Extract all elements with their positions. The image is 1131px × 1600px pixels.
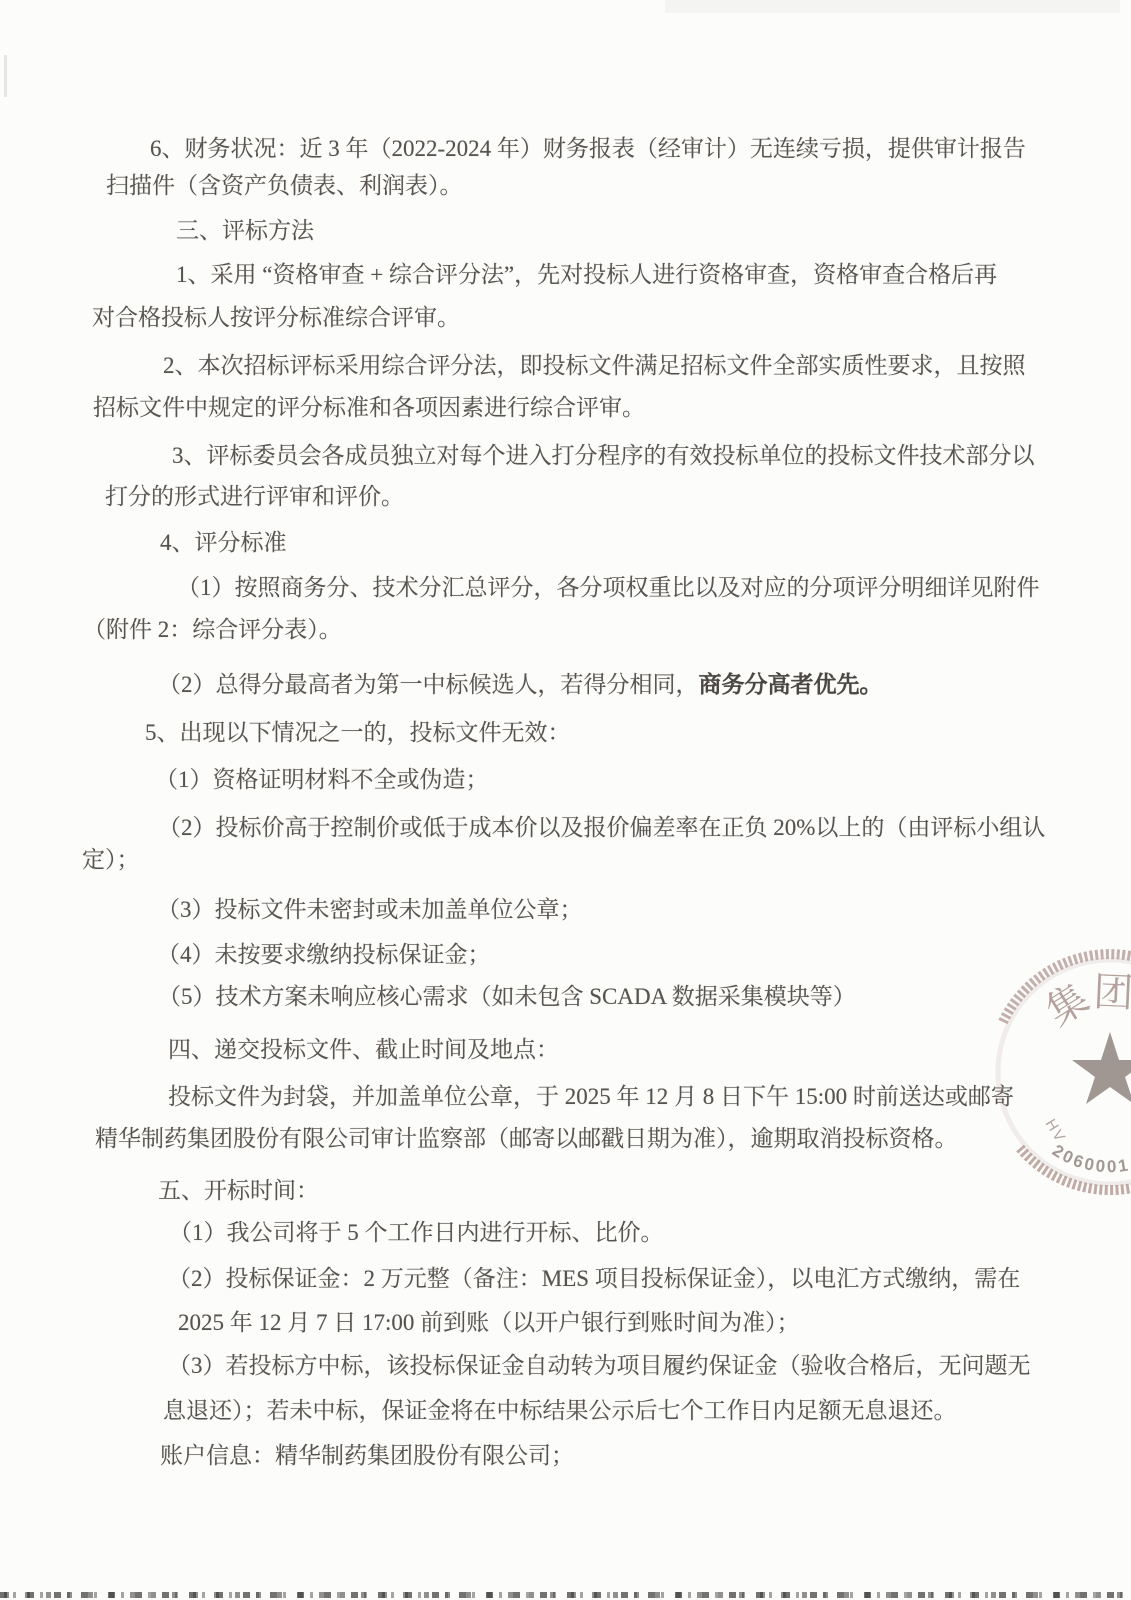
document-text-segment: （5）技术方案未响应核心需求（如未包含 SCADA 数据采集模块等）	[158, 984, 856, 1009]
document-text-segment: 账户信息：精华制药集团股份有限公司；	[160, 1443, 574, 1468]
document-line: 4、评分标准	[160, 528, 287, 558]
document-line: 投标文件为封袋，并加盖单位公章，于 2025 年 12 月 8 日下午 15:0…	[168, 1082, 1014, 1112]
document-line: 2、本次招标评标采用综合评分法，即投标文件满足招标文件全部实质性要求，且按照	[163, 351, 1026, 381]
document-text-segment: 招标文件中规定的评分标准和各项因素进行综合评审。	[93, 395, 645, 420]
document-line: 扫描件（含资产负债表、利润表）。	[106, 171, 463, 201]
seal-side-mark: HV	[1042, 1116, 1070, 1146]
scan-artifact-left-mark	[4, 55, 7, 97]
document-text-segment: 2、本次招标评标采用综合评分法，即投标文件满足招标文件全部实质性要求，且按照	[163, 353, 1026, 378]
document-text-segment: 3、评标委员会各成员独立对每个进入打分程序的有效投标单位的投标文件技术部分以	[172, 443, 1035, 468]
scan-artifact-bottom-edge	[0, 1592, 1131, 1598]
document-text-bold-segment: 商务分高者优先。	[699, 672, 883, 697]
document-text-segment: 2025 年 12 月 7 日 17:00 前到账（以开户银行到账时间为准）；	[178, 1310, 800, 1335]
document-text-segment: 息退还）；若未中标，保证金将在中标结果公示后七个工作日内足额无息退还。	[163, 1398, 957, 1423]
document-text-segment: （2）总得分最高者为第一中标候选人，若得分相同，	[158, 672, 699, 697]
document-line: 5、出现以下情况之一的，投标文件无效：	[145, 718, 571, 748]
document-text-segment: （3）投标文件未密封或未加盖单位公章；	[157, 897, 583, 922]
document-line: （2）投标保证金：2 万元整（备注：MES 项目投标保证金），以电汇方式缴纳，需…	[168, 1264, 1020, 1294]
document-line: （附件 2：综合评分表）。	[83, 615, 342, 645]
document-text-segment: 6、财务状况：近 3 年（2022-2024 年）财务报表（经审计）无连续亏损，…	[150, 136, 1026, 161]
document-text-segment: 定）；	[82, 847, 140, 872]
document-text-segment: （1）按照商务分、技术分汇总评分，各分项权重比以及对应的分项评分明细详见附件	[177, 575, 1040, 600]
document-line: 打分的形式进行评审和评价。	[105, 482, 404, 512]
document-line: 3、评标委员会各成员独立对每个进入打分程序的有效投标单位的投标文件技术部分以	[172, 441, 1035, 471]
document-line: （5）技术方案未响应核心需求（如未包含 SCADA 数据采集模块等）	[158, 982, 856, 1012]
company-seal: 集团股 HV 2060001	[995, 935, 1131, 1220]
document-line: 招标文件中规定的评分标准和各项因素进行综合评审。	[93, 393, 645, 423]
document-text-segment: （2）投标价高于控制价或低于成本价以及报价偏差率在正负 20%以上的（由评标小组…	[158, 815, 1045, 840]
document-line: 三、评标方法	[176, 216, 314, 246]
document-text-segment: （4）未按要求缴纳投标保证金；	[157, 942, 491, 967]
document-text-segment: 三、评标方法	[176, 218, 314, 243]
document-text-segment: 4、评分标准	[160, 530, 287, 555]
document-line: （3）若投标方中标，该投标保证金自动转为项目履约保证金（验收合格后，无问题无	[168, 1351, 1031, 1381]
scan-artifact-top-band	[665, 0, 1120, 13]
document-line: 息退还）；若未中标，保证金将在中标结果公示后七个工作日内足额无息退还。	[163, 1396, 957, 1426]
document-line: 6、财务状况：近 3 年（2022-2024 年）财务报表（经审计）无连续亏损，…	[150, 134, 1026, 164]
document-page: 6、财务状况：近 3 年（2022-2024 年）财务报表（经审计）无连续亏损，…	[0, 0, 1131, 1600]
document-text-segment: 对合格投标人按评分标准综合评审。	[92, 305, 460, 330]
document-line: 1、采用 “资格审查 + 综合评分法”，先对投标人进行资格审查，资格审查合格后再	[176, 260, 997, 290]
document-text-segment: （1）资格证明材料不全或伪造；	[155, 767, 489, 792]
document-line: 定）；	[82, 845, 140, 875]
document-text-segment: 打分的形式进行评审和评价。	[105, 484, 404, 509]
document-line: （1）按照商务分、技术分汇总评分，各分项权重比以及对应的分项评分明细详见附件	[177, 573, 1040, 603]
seal-star-icon	[1072, 1032, 1131, 1104]
document-line: （1）我公司将于 5 个工作日内进行开标、比价。	[169, 1218, 664, 1248]
document-text-segment: 5、出现以下情况之一的，投标文件无效：	[145, 720, 571, 745]
document-line: （1）资格证明材料不全或伪造；	[155, 765, 489, 795]
document-line: （4）未按要求缴纳投标保证金；	[157, 940, 491, 970]
document-line: 四、递交投标文件、截止时间及地点：	[168, 1035, 559, 1065]
document-line: 五、开标时间：	[158, 1176, 319, 1206]
document-line: 账户信息：精华制药集团股份有限公司；	[160, 1441, 574, 1471]
document-text-segment: 1、采用 “资格审查 + 综合评分法”，先对投标人进行资格审查，资格审查合格后再	[176, 262, 997, 287]
document-text-segment: 投标文件为封袋，并加盖单位公章，于 2025 年 12 月 8 日下午 15:0…	[168, 1084, 1014, 1109]
document-line: （3）投标文件未密封或未加盖单位公章；	[157, 895, 583, 925]
document-text-segment: 精华制药集团股份有限公司审计监察部（邮寄以邮戳日期为准），逾期取消投标资格。	[95, 1126, 958, 1151]
document-text-segment: 五、开标时间：	[158, 1178, 319, 1203]
document-text-segment: 四、递交投标文件、截止时间及地点：	[168, 1037, 559, 1062]
document-line: 对合格投标人按评分标准综合评审。	[92, 303, 460, 333]
document-text-segment: 扫描件（含资产负债表、利润表）。	[106, 173, 463, 198]
document-text-segment: （2）投标保证金：2 万元整（备注：MES 项目投标保证金），以电汇方式缴纳，需…	[168, 1266, 1020, 1291]
document-line: 精华制药集团股份有限公司审计监察部（邮寄以邮戳日期为准），逾期取消投标资格。	[95, 1124, 958, 1154]
document-line: 2025 年 12 月 7 日 17:00 前到账（以开户银行到账时间为准）；	[178, 1308, 800, 1338]
seal-company-name: 集团股	[1039, 969, 1131, 1039]
document-line: （2）投标价高于控制价或低于成本价以及报价偏差率在正负 20%以上的（由评标小组…	[158, 813, 1045, 843]
document-line: （2）总得分最高者为第一中标候选人，若得分相同，商务分高者优先。	[158, 670, 883, 700]
document-text-segment: （1）我公司将于 5 个工作日内进行开标、比价。	[169, 1220, 664, 1245]
document-text-segment: （附件 2：综合评分表）。	[83, 617, 342, 642]
document-text-segment: （3）若投标方中标，该投标保证金自动转为项目履约保证金（验收合格后，无问题无	[168, 1353, 1031, 1378]
